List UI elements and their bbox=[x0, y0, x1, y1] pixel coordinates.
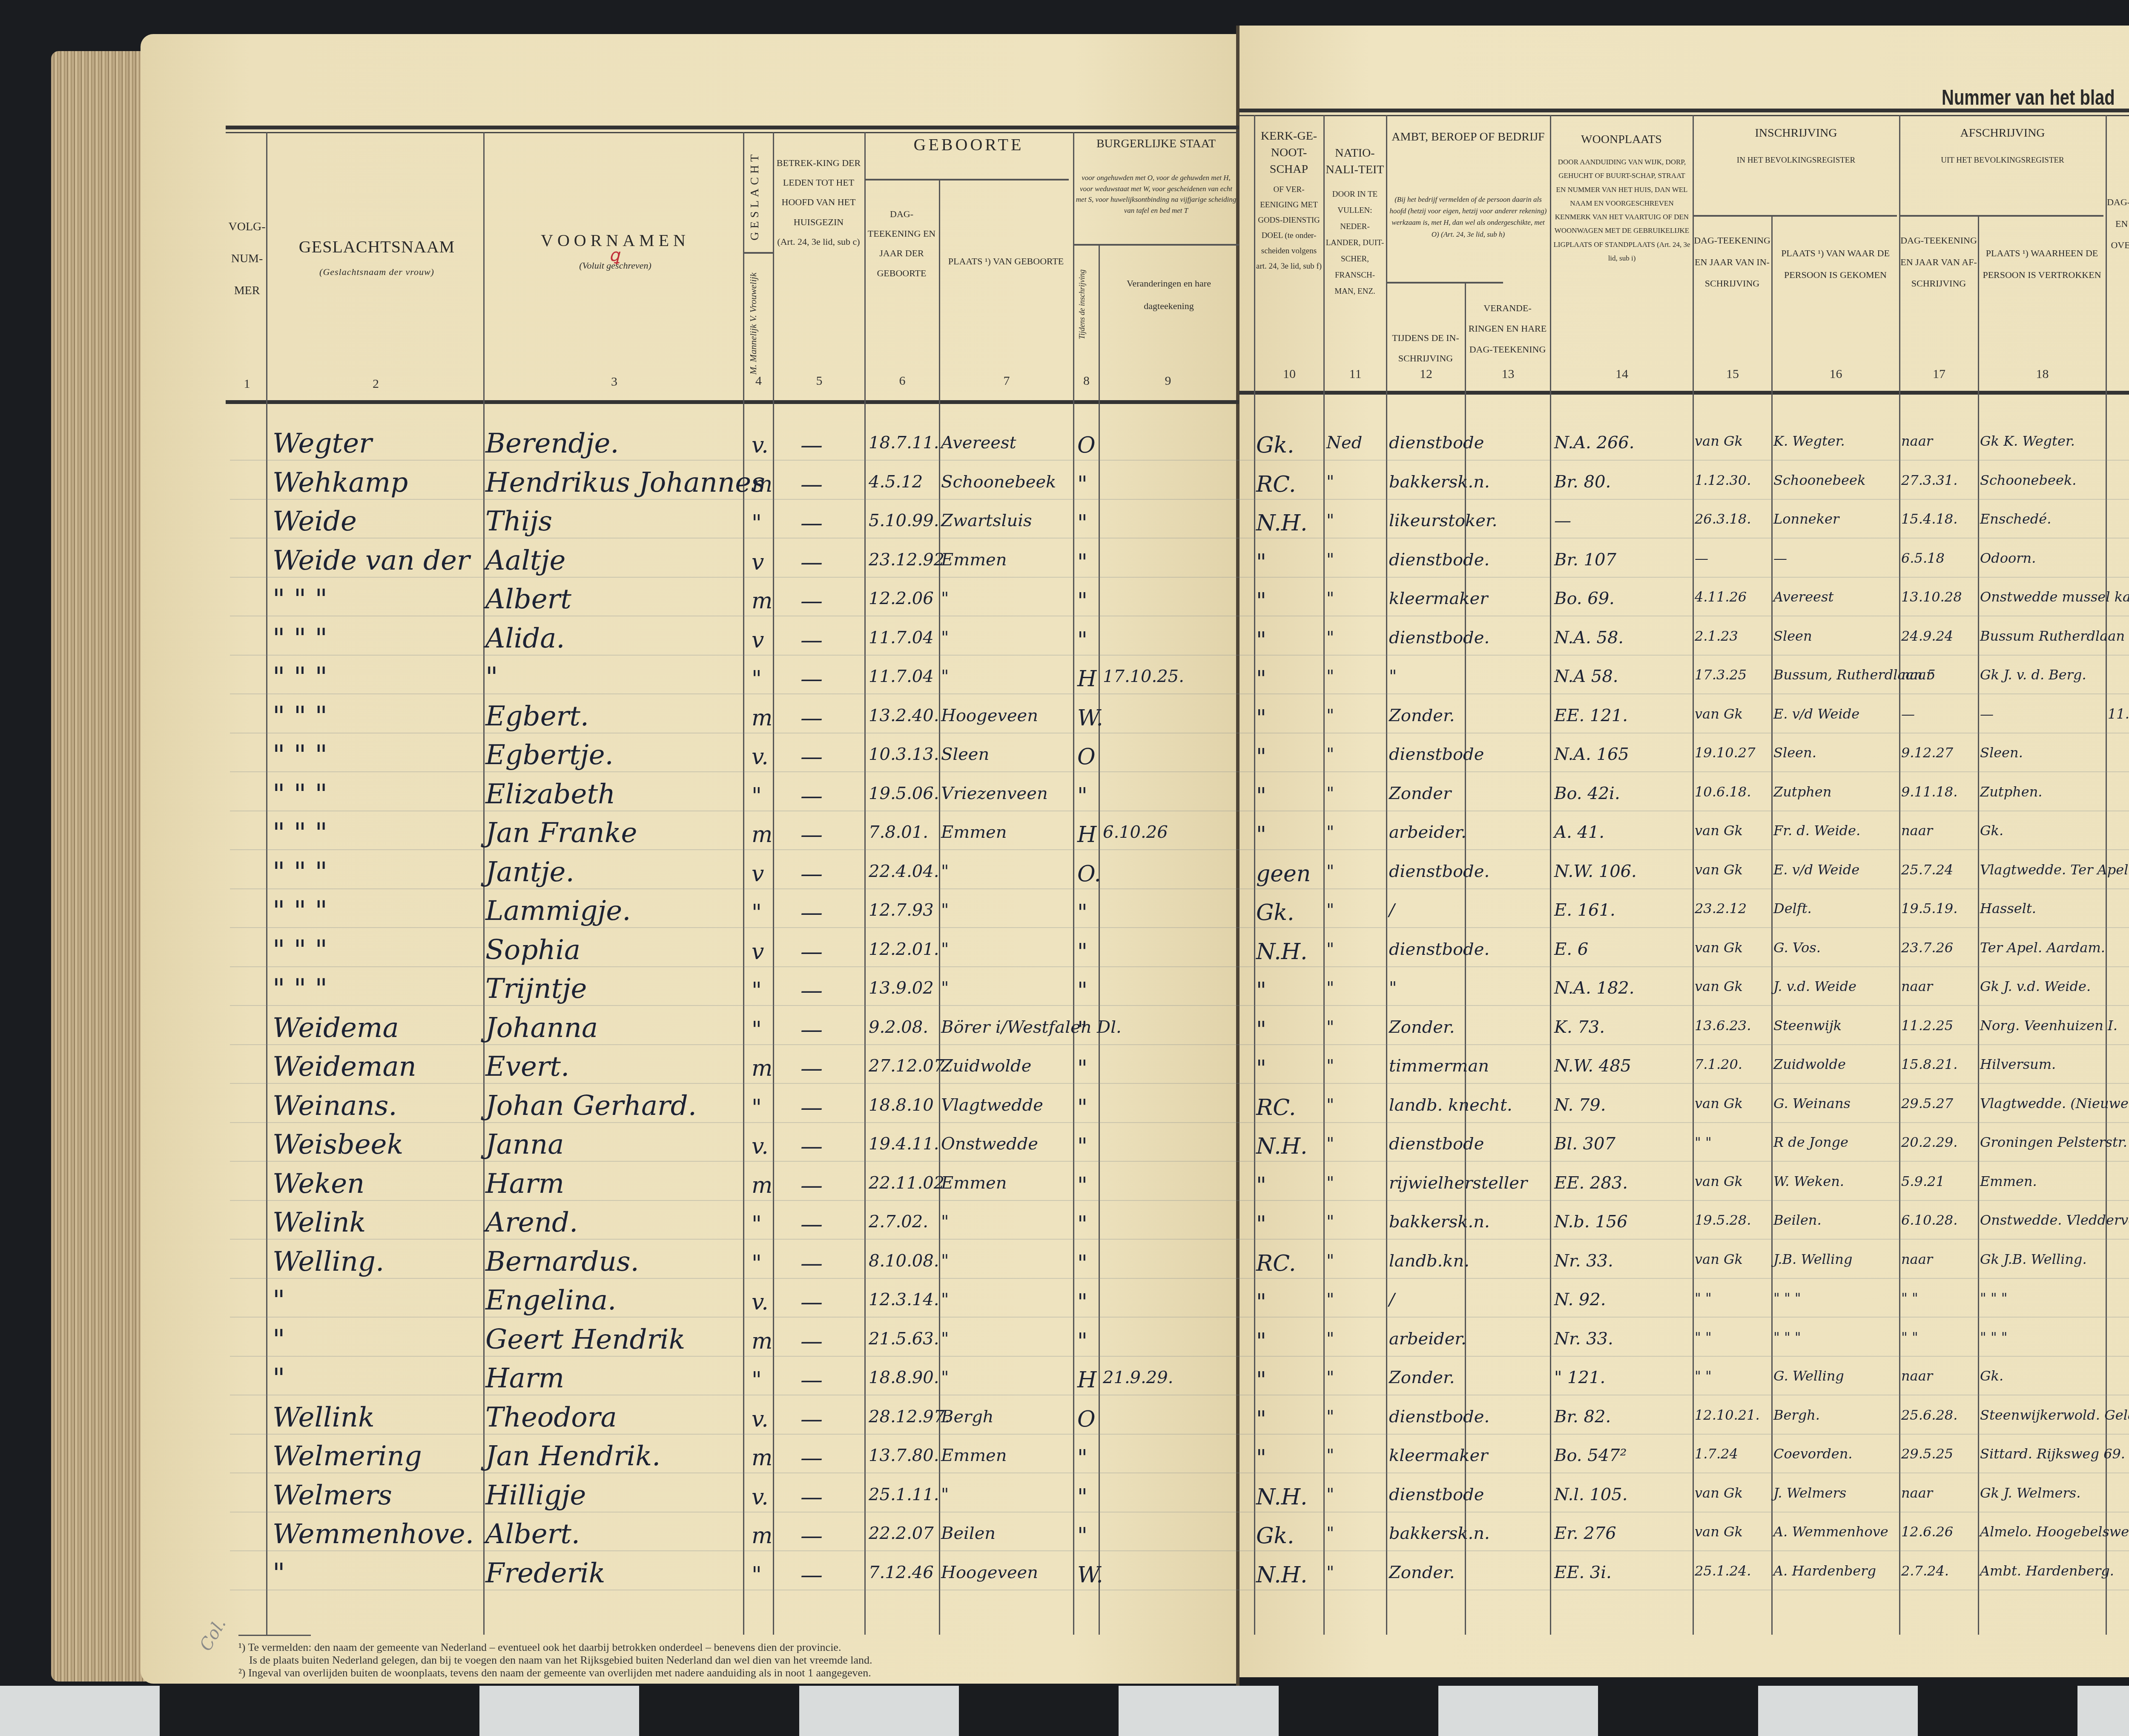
cell-sex: v. bbox=[752, 1291, 769, 1313]
cell-out-date: " " bbox=[1901, 1330, 1918, 1344]
cell-birth-date: 22.11.02 bbox=[869, 1175, 944, 1192]
cell-occupation: bakkersk.n. bbox=[1389, 1213, 1490, 1230]
cell-surname: " " " bbox=[273, 703, 327, 730]
cell-birth-date: 10.3.13. bbox=[869, 746, 939, 763]
header-volgnummer: VOLG-NUM-MER bbox=[228, 219, 266, 298]
cell-nat: " bbox=[1326, 1564, 1334, 1581]
row-ruling bbox=[230, 1239, 2129, 1240]
cell-nat: " bbox=[1326, 1213, 1334, 1230]
cell-occupation: bakkersk.n. bbox=[1389, 473, 1490, 490]
col-line bbox=[773, 132, 774, 1635]
cell-given: Sophia bbox=[485, 937, 580, 964]
cell-birth-date: 11.7.04 bbox=[869, 668, 934, 685]
cell-church: " bbox=[1256, 824, 1266, 846]
cell-in-date: " " bbox=[1695, 1330, 1712, 1344]
header-afschrijving: AFSCHRIJVING bbox=[1900, 126, 2105, 140]
cell-residence: N.A. 165 bbox=[1554, 746, 1629, 763]
cell-out-place: Steenwijkerwold. Gelaringen. bbox=[1980, 1408, 2129, 1422]
cell-birth-date: 28.12.97. bbox=[869, 1408, 950, 1425]
cell-occupation: " bbox=[1389, 980, 1397, 997]
cell-in-place: R de Jonge bbox=[1773, 1135, 1848, 1149]
cell-rel: — bbox=[801, 1330, 823, 1352]
cell-birth-place: " bbox=[941, 902, 949, 919]
cell-out-place: Zutphen. bbox=[1980, 785, 2043, 799]
cell-in-date: van Gk bbox=[1695, 941, 1743, 954]
cell-given: Bernardus. bbox=[485, 1248, 639, 1275]
header-burg-veranderingen: Veranderingen en hare dagteekening bbox=[1103, 272, 1235, 318]
cell-out-place: Groningen Pelsterstr. 21. bbox=[1980, 1135, 2129, 1149]
cell-church: RC. bbox=[1256, 1252, 1296, 1275]
cell-occupation: kleermaker bbox=[1389, 1447, 1488, 1464]
cell-civil: O. bbox=[1077, 863, 1101, 885]
cell-church: N.H. bbox=[1256, 1135, 1308, 1157]
cell-out-date: naar bbox=[1901, 1369, 1933, 1383]
row-ruling bbox=[230, 849, 2129, 850]
book-gutter bbox=[1236, 26, 1240, 1686]
row-ruling bbox=[230, 460, 2129, 461]
cell-in-place: E. v/d Weide bbox=[1773, 707, 1859, 721]
cell-given: Berendje. bbox=[485, 430, 619, 457]
cell-civil: " bbox=[1077, 512, 1087, 534]
cell-sex: v. bbox=[752, 746, 769, 768]
cell-given: Hilligje bbox=[485, 1482, 586, 1509]
cell-in-date: 19.5.28. bbox=[1695, 1213, 1751, 1227]
cell-residence: N.A. 266. bbox=[1554, 434, 1635, 451]
cell-surname: " bbox=[273, 1365, 285, 1392]
cell-nat: " bbox=[1326, 1097, 1334, 1114]
cell-nat: " bbox=[1326, 1330, 1334, 1347]
cell-in-place: A. Hardenberg bbox=[1773, 1564, 1876, 1578]
cell-out-date: naar bbox=[1901, 1252, 1933, 1266]
cell-rel: — bbox=[801, 707, 823, 729]
cell-civil: W. bbox=[1077, 707, 1103, 729]
header-afschrijving-sub: UIT HET BEVOLKINGSREGISTER bbox=[1900, 155, 2105, 166]
cell-birth-place: " bbox=[941, 668, 949, 685]
cell-in-date: van Gk bbox=[1695, 434, 1743, 448]
cell-civil: W. bbox=[1077, 1564, 1103, 1586]
cell-in-date: 1.12.30. bbox=[1695, 473, 1751, 487]
cell-residence: N.l. 105. bbox=[1554, 1486, 1627, 1503]
cell-sex: " bbox=[752, 1019, 762, 1041]
cell-church: RC. bbox=[1256, 1097, 1296, 1119]
cell-residence: N.W. 106. bbox=[1554, 863, 1637, 880]
cell-residence: EE. 3i. bbox=[1554, 1564, 1612, 1581]
cell-surname: " " " bbox=[273, 859, 327, 886]
cell-out-place: Vlagtwedde. (Nieuweweg) Laudermarke. bbox=[1980, 1097, 2129, 1110]
cell-out-date: 25.6.28. bbox=[1901, 1408, 1957, 1422]
header-top-rule-right bbox=[1239, 109, 2129, 112]
cell-in-date: " " bbox=[1695, 1291, 1712, 1305]
col-number: 3 bbox=[485, 375, 743, 389]
cell-death: 11.1.22. bbox=[2108, 707, 2129, 721]
checker-scale-bar bbox=[0, 1686, 2129, 1736]
cell-in-date: 19.10.27 bbox=[1695, 746, 1756, 759]
cell-birth-date: 12.7.93 bbox=[869, 902, 934, 919]
cell-birth-date: 25.1.11. bbox=[869, 1486, 939, 1503]
cell-out-place: Gk J. Welmers. bbox=[1980, 1486, 2080, 1500]
cell-nat: " bbox=[1326, 1408, 1334, 1425]
cell-residence: Br. 80. bbox=[1554, 473, 1611, 490]
cell-church: N.H. bbox=[1256, 1486, 1308, 1508]
cell-sex: m bbox=[752, 707, 772, 729]
cell-surname: Weide van der bbox=[273, 547, 470, 574]
cell-civil: " bbox=[1077, 1019, 1087, 1041]
cell-residence: EE. 121. bbox=[1554, 707, 1628, 724]
cell-birth-place: Bergh bbox=[941, 1408, 994, 1425]
header-woonplaats: WOONPLAATS bbox=[1551, 132, 1692, 147]
row-ruling bbox=[230, 733, 2129, 733]
cell-nat: " bbox=[1326, 1525, 1334, 1542]
cell-given: Arend. bbox=[485, 1209, 578, 1236]
cell-nat: " bbox=[1326, 746, 1334, 763]
cell-out-date: naar bbox=[1901, 668, 1933, 682]
cell-birth-date: 5.10.99. bbox=[869, 512, 939, 529]
cell-nat: " bbox=[1326, 1252, 1334, 1269]
cell-rel: — bbox=[801, 1291, 823, 1313]
cell-occupation: Zonder bbox=[1389, 785, 1451, 802]
cell-out-place: — bbox=[1980, 707, 1994, 721]
cell-in-date: — bbox=[1695, 551, 1708, 565]
cell-civil: " bbox=[1077, 473, 1087, 496]
cell-rel: — bbox=[801, 1019, 823, 1041]
cell-civil: O bbox=[1077, 434, 1096, 456]
cell-birth-place: Vlagtwedde bbox=[941, 1097, 1043, 1114]
col-number: 19 bbox=[2107, 367, 2129, 381]
cell-in-place: Schoonebeek bbox=[1773, 473, 1865, 487]
col-number: 8 bbox=[1074, 374, 1099, 388]
cell-birth-place: " bbox=[941, 590, 949, 607]
row-ruling bbox=[230, 693, 2129, 694]
row-ruling bbox=[230, 1122, 2129, 1123]
cell-surname: " " " bbox=[273, 742, 327, 769]
cell-civil: " bbox=[1077, 785, 1087, 807]
cell-out-date: 13.10.28 bbox=[1901, 590, 1962, 604]
cell-out-date: 9.12.27 bbox=[1901, 746, 1953, 759]
cell-given: Evert. bbox=[485, 1053, 569, 1080]
cell-nat: " bbox=[1326, 629, 1334, 646]
col-number: 16 bbox=[1773, 367, 1899, 381]
cell-in-date: van Gk bbox=[1695, 1525, 1743, 1538]
cell-in-date: 7.1.20. bbox=[1695, 1057, 1742, 1071]
cell-in-place: E. v/d Weide bbox=[1773, 863, 1859, 877]
cell-church: Gk. bbox=[1256, 1525, 1294, 1547]
cell-birth-place: Emmen bbox=[941, 1175, 1007, 1192]
cell-sex: v bbox=[752, 863, 764, 885]
cell-out-place: Ter Apel. Aardam. bbox=[1980, 941, 2105, 954]
cell-civil-change: 6.10.26 bbox=[1103, 824, 1168, 841]
cell-civil: " bbox=[1077, 629, 1087, 651]
cell-birth-place: Hoogeveen bbox=[941, 707, 1038, 724]
cell-church: geen bbox=[1256, 863, 1311, 885]
cell-residence: E. 161. bbox=[1554, 902, 1615, 919]
cell-out-date: 23.7.26 bbox=[1901, 941, 1953, 954]
cell-nat: " bbox=[1326, 941, 1334, 958]
cell-given: Janna bbox=[485, 1131, 564, 1158]
afschrijving-subrule bbox=[1899, 215, 2103, 217]
header-inschrijving-sub: IN HET BEVOLKINGSREGISTER bbox=[1694, 155, 1898, 166]
header-geslachtsnaam: GESLACHTSNAAM (Geslachtsnaam der vrouw) bbox=[273, 236, 481, 278]
cell-rel: — bbox=[801, 1525, 823, 1547]
cell-in-date: 23.2.12 bbox=[1695, 902, 1747, 915]
cell-birth-date: 27.12.07. bbox=[869, 1057, 950, 1074]
cell-birth-date: 7.8.01. bbox=[869, 824, 928, 841]
cell-in-place: " " " bbox=[1773, 1330, 1801, 1344]
cell-given: Lammigje. bbox=[485, 897, 631, 925]
cell-church: " bbox=[1256, 551, 1266, 573]
cell-civil: " bbox=[1077, 1097, 1087, 1119]
cell-surname: Welmers bbox=[273, 1482, 392, 1509]
cell-residence: N.A. 58. bbox=[1554, 629, 1624, 646]
cell-given: Elizabeth bbox=[485, 781, 615, 808]
cell-given: Albert. bbox=[485, 1521, 580, 1548]
cell-civil-change: 21.9.29. bbox=[1103, 1369, 1173, 1386]
header-burg-tijdens: Tijdens de inschrijving bbox=[1077, 255, 1096, 353]
cell-out-place: Norg. Veenhuizen I. bbox=[1980, 1019, 2118, 1032]
cell-in-date: van Gk bbox=[1695, 1097, 1743, 1110]
footnote-rule bbox=[238, 1635, 311, 1636]
cell-rel: — bbox=[801, 1097, 823, 1119]
cell-out-date: naar bbox=[1901, 1486, 1933, 1500]
cell-out-place: Gk. bbox=[1980, 824, 2003, 837]
col-number: 15 bbox=[1694, 367, 1771, 381]
cell-in-date: 10.6.18. bbox=[1695, 785, 1751, 799]
cell-occupation: timmerman bbox=[1389, 1057, 1489, 1074]
cell-civil: " bbox=[1077, 941, 1087, 963]
header-geslacht-sub: M. Mannelijk V. Vrouwelijk bbox=[747, 255, 771, 392]
cell-out-date: naar bbox=[1901, 824, 1933, 837]
cell-out-date: 20.2.29. bbox=[1901, 1135, 1957, 1149]
cell-residence: N.A 58. bbox=[1554, 668, 1618, 685]
cell-civil: " bbox=[1077, 1213, 1087, 1235]
cell-in-date: van Gk bbox=[1695, 1486, 1743, 1500]
cell-occupation: dienstbode. bbox=[1389, 551, 1489, 568]
cell-rel: — bbox=[801, 434, 823, 456]
cell-nat: " bbox=[1326, 551, 1334, 568]
cell-civil: " bbox=[1077, 1447, 1087, 1469]
cell-sex: v. bbox=[752, 1408, 769, 1430]
cell-nat: " bbox=[1326, 512, 1334, 529]
cell-birth-place: " bbox=[941, 1252, 949, 1269]
cell-residence: A. 41. bbox=[1554, 824, 1604, 841]
col-line bbox=[1693, 115, 1694, 1635]
header-insch-plaats: PLAATS ¹) VAN WAAR DE PERSOON IS GEKOMEN bbox=[1773, 243, 1898, 286]
cell-birth-place: Avereest bbox=[941, 434, 1016, 451]
cell-birth-date: 19.4.11. bbox=[869, 1135, 939, 1152]
cell-church: " bbox=[1256, 668, 1266, 690]
cell-in-date: 1.7.24 bbox=[1695, 1447, 1738, 1461]
cell-birth-place: " bbox=[941, 980, 949, 997]
row-ruling bbox=[230, 1512, 2129, 1513]
cell-nat: " bbox=[1326, 1291, 1334, 1308]
cell-birth-date: 12.2.01. bbox=[869, 941, 939, 958]
cell-in-date: 17.3.25 bbox=[1695, 668, 1747, 682]
cell-rel: — bbox=[801, 824, 823, 846]
cell-out-place: " " " bbox=[1980, 1291, 2008, 1305]
cell-out-date: 25.7.24 bbox=[1901, 863, 1953, 877]
header-geboorte-plaats: PLAATS ¹) VAN GEBOORTE bbox=[941, 251, 1071, 272]
cell-given: Geert Hendrik bbox=[485, 1326, 685, 1353]
cell-civil: " bbox=[1077, 980, 1087, 1002]
cell-church: " bbox=[1256, 1057, 1266, 1080]
cell-sex: v. bbox=[752, 1135, 769, 1157]
cell-occupation: arbeider. bbox=[1389, 824, 1466, 841]
cell-in-date: " " bbox=[1695, 1369, 1712, 1383]
cell-church: " bbox=[1256, 1447, 1266, 1469]
col-number: 9 bbox=[1100, 374, 1236, 388]
cell-out-date: 9.11.18. bbox=[1901, 785, 1957, 799]
cell-in-place: Delft. bbox=[1773, 902, 1812, 915]
cell-in-place: G. Welling bbox=[1773, 1369, 1844, 1383]
cell-birth-date: 18.8.10 bbox=[869, 1097, 934, 1114]
cell-out-date: 5.9.21 bbox=[1901, 1175, 1945, 1188]
cell-birth-place: " bbox=[941, 1213, 949, 1230]
cell-church: Gk. bbox=[1256, 434, 1294, 456]
cell-residence: N.W. 485 bbox=[1554, 1057, 1631, 1074]
cell-sex: m bbox=[752, 473, 772, 496]
cell-out-date: 19.5.19. bbox=[1901, 902, 1957, 915]
cell-church: " bbox=[1256, 1019, 1266, 1041]
ambt-subrule bbox=[1386, 282, 1503, 284]
cell-out-place: Gk. bbox=[1980, 1369, 2003, 1383]
cell-given: Johanna bbox=[485, 1014, 598, 1042]
cell-birth-place: Emmen bbox=[941, 551, 1007, 568]
cell-given: Jan Hendrik. bbox=[485, 1443, 660, 1470]
cell-rel: — bbox=[801, 941, 823, 963]
cell-occupation: arbeider. bbox=[1389, 1330, 1466, 1347]
cell-in-place: W. Weken. bbox=[1773, 1175, 1844, 1188]
row-ruling bbox=[230, 1317, 2129, 1318]
cell-birth-date: 23.12.92 bbox=[869, 551, 944, 568]
cell-sex: " bbox=[752, 512, 762, 534]
cell-birth-place: Onstwedde bbox=[941, 1135, 1038, 1152]
cell-out-place: Enschedé. bbox=[1980, 512, 2051, 526]
cell-surname: Weideman bbox=[273, 1053, 416, 1080]
cell-given: Hendrikus Johannes bbox=[485, 469, 765, 496]
cell-occupation: / bbox=[1389, 1291, 1394, 1308]
cell-church: " bbox=[1256, 629, 1266, 651]
row-ruling bbox=[230, 1161, 2129, 1162]
cell-nat: " bbox=[1326, 707, 1334, 724]
cell-surname: Wellink bbox=[273, 1404, 375, 1431]
cell-civil: " bbox=[1077, 551, 1087, 573]
cell-church: N.H. bbox=[1256, 941, 1308, 963]
cell-given: Trijntje bbox=[485, 975, 587, 1003]
cell-church: " bbox=[1256, 1175, 1266, 1197]
cell-sex: m bbox=[752, 824, 772, 846]
cell-in-date: 13.6.23. bbox=[1695, 1019, 1751, 1032]
cell-given: Alida. bbox=[485, 625, 565, 652]
cell-out-date: 11.2.25 bbox=[1901, 1019, 1953, 1032]
cell-nat: " bbox=[1326, 785, 1334, 802]
cell-civil: " bbox=[1077, 1525, 1087, 1547]
col-number: 17 bbox=[1900, 367, 1978, 381]
cell-in-date: van Gk bbox=[1695, 1175, 1743, 1188]
row-ruling bbox=[230, 655, 2129, 656]
cell-birth-date: 22.4.04. bbox=[869, 863, 939, 880]
row-ruling bbox=[230, 1434, 2129, 1435]
cell-in-place: Zutphen bbox=[1773, 785, 1831, 799]
cell-church: " bbox=[1256, 1213, 1266, 1235]
cell-out-date: 15.4.18. bbox=[1901, 512, 1957, 526]
cell-sex: v bbox=[752, 551, 764, 573]
cell-birth-date: 12.2.06 bbox=[869, 590, 934, 607]
header-burgerlijke-staat-sub: voor ongehuwden met O, voor de gehuwden … bbox=[1075, 172, 1237, 216]
cell-nat: " bbox=[1326, 473, 1334, 490]
cell-surname: " bbox=[273, 1287, 285, 1314]
cell-sex: " bbox=[752, 1564, 762, 1586]
cell-surname: Weidema bbox=[273, 1014, 399, 1042]
cell-civil: " bbox=[1077, 1252, 1087, 1275]
cell-given: Frederik bbox=[485, 1560, 605, 1587]
cell-rel: — bbox=[801, 902, 823, 924]
cell-out-date: " " bbox=[1901, 1291, 1918, 1305]
cell-out-place: Emmen. bbox=[1980, 1175, 2037, 1188]
cell-residence: E. 6 bbox=[1554, 941, 1588, 958]
cell-in-place: A. Wemmenhove bbox=[1773, 1525, 1888, 1538]
cell-out-date: 6.10.28. bbox=[1901, 1213, 1957, 1227]
cell-rel: — bbox=[801, 629, 823, 651]
cell-nat: " bbox=[1326, 1369, 1334, 1386]
row-ruling bbox=[230, 1550, 2129, 1551]
cell-civil: H bbox=[1077, 1369, 1096, 1391]
cell-birth-place: Zwartsluis bbox=[941, 512, 1032, 529]
cell-church: " bbox=[1256, 590, 1266, 612]
cell-given: " bbox=[485, 664, 498, 691]
cell-surname: Wegter bbox=[273, 430, 372, 457]
cell-church: " bbox=[1256, 746, 1266, 768]
cell-church: " bbox=[1256, 707, 1266, 729]
row-ruling bbox=[230, 771, 2129, 772]
cell-church: " bbox=[1256, 1291, 1266, 1313]
header-insch-datum: DAG-TEEKENING EN JAAR VAN IN-SCHRIJVING bbox=[1694, 230, 1770, 295]
cell-residence: — bbox=[1554, 512, 1571, 529]
cell-nat: " bbox=[1326, 1486, 1334, 1503]
cell-surname: " bbox=[273, 1326, 285, 1353]
cell-sex: " bbox=[752, 1369, 762, 1391]
cell-birth-date: 11.7.04 bbox=[869, 629, 934, 646]
cell-birth-place: " bbox=[941, 629, 949, 646]
cell-surname: " " " bbox=[273, 937, 327, 964]
cell-out-place: Gk K. Wegter. bbox=[1980, 434, 2075, 448]
col-number: 12 bbox=[1387, 367, 1465, 381]
cell-in-date: van Gk bbox=[1695, 980, 1743, 993]
cell-given: Aaltje bbox=[485, 547, 565, 574]
cell-residence: " 121. bbox=[1554, 1369, 1605, 1386]
cell-birth-date: 21.5.63. bbox=[869, 1330, 939, 1347]
col-number: 4 bbox=[744, 374, 773, 388]
header-betrekking: BETREK-KING DER LEDEN TOT HET HOOFD VAN … bbox=[775, 153, 862, 252]
cell-birth-place: Beilen bbox=[941, 1525, 996, 1542]
cell-in-date: van Gk bbox=[1695, 824, 1743, 837]
cell-occupation: dienstbode. bbox=[1389, 1408, 1489, 1425]
cell-out-place: Ambt. Hardenberg. bbox=[1980, 1564, 2114, 1578]
cell-rel: — bbox=[801, 1175, 823, 1197]
cell-surname: Welink bbox=[273, 1209, 366, 1236]
col-line bbox=[266, 132, 267, 1635]
cell-in-place: K. Wegter. bbox=[1773, 434, 1845, 448]
col-line bbox=[1550, 115, 1551, 1635]
cell-rel: — bbox=[801, 1213, 823, 1235]
cell-nat: Ned bbox=[1326, 434, 1362, 451]
geboorte-subrule bbox=[864, 179, 1069, 180]
cell-rel: — bbox=[801, 668, 823, 690]
cell-out-date: 12.6.26 bbox=[1901, 1525, 1953, 1538]
header-top-rule-left-thin bbox=[226, 132, 1239, 133]
row-ruling bbox=[230, 538, 2129, 539]
cell-residence: Nr. 33. bbox=[1554, 1330, 1613, 1347]
cell-sex: " bbox=[752, 785, 762, 807]
header-geboorte: GEBOORTE bbox=[867, 134, 1071, 155]
